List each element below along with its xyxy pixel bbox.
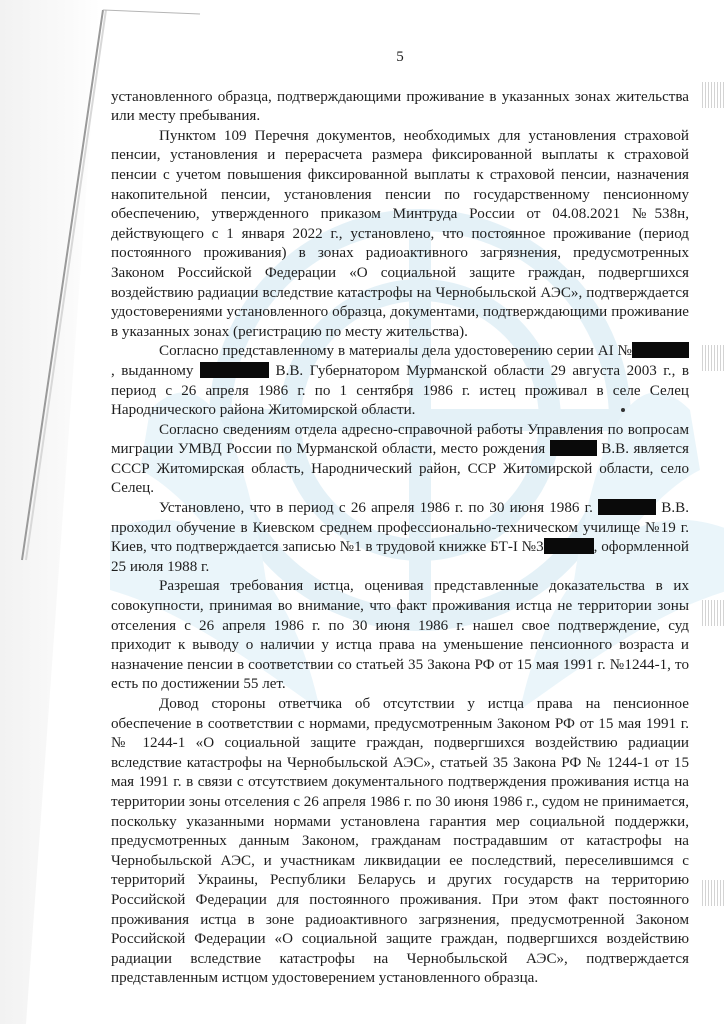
redaction-box — [550, 440, 597, 456]
paragraph-defendant-argument: Довод стороны ответчика об отсутствии у … — [111, 695, 689, 989]
document-page: 5 установленного образца, подтверждающим… — [111, 48, 689, 989]
paragraph-certificate: Согласно представленному в материалы дел… — [111, 342, 689, 420]
paragraph-migration-info: Согласно сведениям отдела адресно-справо… — [111, 421, 689, 499]
redaction-box — [200, 362, 269, 378]
redaction-box — [544, 538, 594, 554]
text-segment: Установлено, что в период с 26 апреля 19… — [159, 500, 598, 516]
text-segment: Согласно представленному в материалы дел… — [159, 343, 632, 359]
text-segment: , выданному — [111, 363, 200, 379]
redaction-box — [632, 342, 689, 358]
scan-artifact — [702, 345, 724, 371]
scan-artifact — [702, 600, 724, 626]
paragraph-court-conclusion: Разрешая требования истца, оценивая пред… — [111, 577, 689, 695]
scan-dot — [621, 408, 625, 412]
scan-artifact — [702, 880, 724, 906]
scan-artifact — [702, 82, 724, 108]
paragraph-continuation: установленного образца, подтверждающими … — [111, 88, 689, 127]
redaction-box — [598, 499, 656, 515]
paragraph-clause-109: Пунктом 109 Перечня документов, необходи… — [111, 127, 689, 343]
page-number: 5 — [111, 48, 689, 68]
paragraph-education: Установлено, что в период с 26 апреля 19… — [111, 499, 689, 577]
